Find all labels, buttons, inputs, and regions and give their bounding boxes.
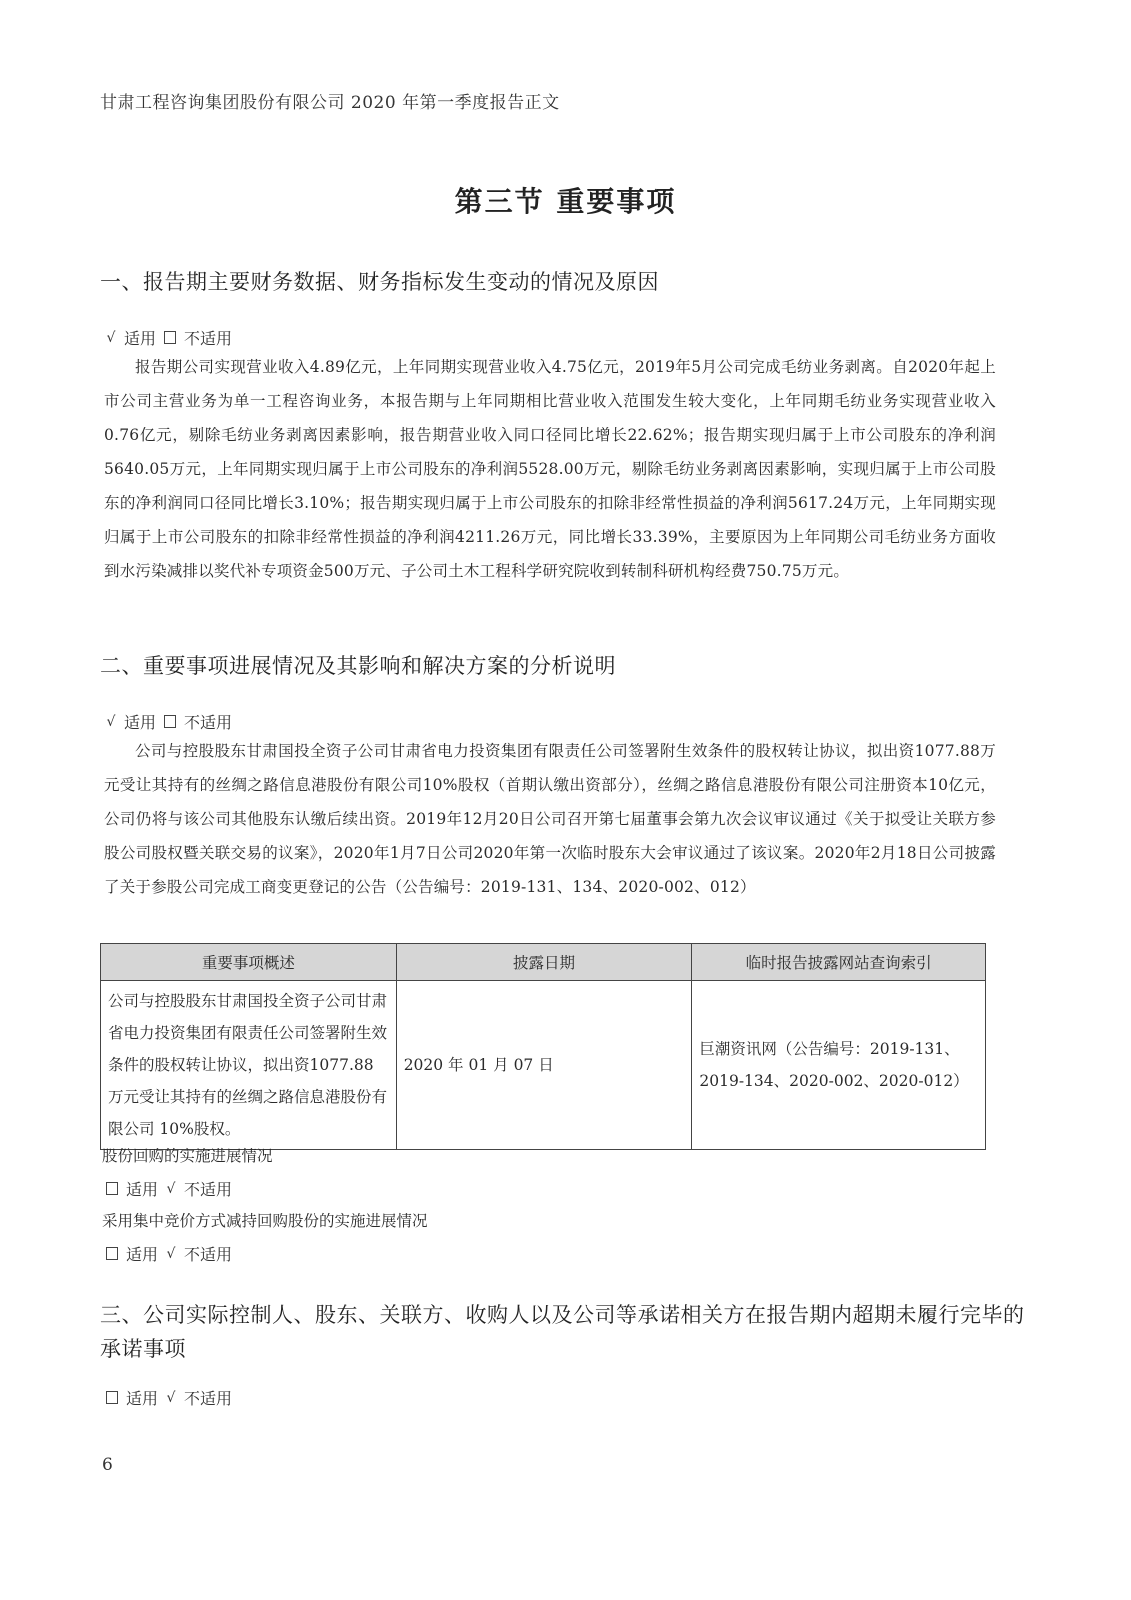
not-applicable-label: 不适用 [184,710,232,733]
part3-heading: 三、公司实际控制人、股东、关联方、收购人以及公司等承诺相关方在报告期内超期未履行… [100,1298,1030,1366]
event-table: 重要事项概述 披露日期 临时报告披露网站查询索引 公司与控股股东甘肃国投全资子公… [100,943,986,1150]
applicable-label: 适用 [126,1242,158,1265]
not-applicable-label: 不适用 [184,1242,232,1265]
applicable-label: 适用 [124,326,156,349]
check-mark-icon: √ [164,1390,178,1406]
part2-heading: 二、重要事项进展情况及其影响和解决方案的分析说明 [100,650,616,680]
buyback-applicability: 适用 √ 不适用 [104,1177,232,1200]
check-mark-icon: √ [104,330,118,346]
not-applicable-label: 不适用 [184,326,232,349]
column-header-date: 披露日期 [396,944,692,981]
part2-applicability: √ 适用 不适用 [104,710,232,733]
check-mark-icon: √ [104,714,118,730]
table-row: 公司与控股股东甘肃国投全资子公司甘肃省电力投资集团有限责任公司签署附生效条件的股… [101,981,986,1150]
applicable-label: 适用 [126,1177,158,1200]
page-number: 6 [102,1455,113,1475]
applicable-label: 适用 [124,710,156,733]
reduction-applicability: 适用 √ 不适用 [104,1242,232,1265]
running-header: 甘肃工程咨询集团股份有限公司 2020 年第一季度报告正文 [100,88,560,113]
part1-body: 报告期公司实现营业收入4.89亿元，上年同期实现营业收入4.75亿元，2019年… [104,350,996,588]
cell-index: 巨潮资讯网（公告编号：2019-131、2019-134、2020-002、20… [692,981,986,1150]
cell-summary: 公司与控股股东甘肃国投全资子公司甘肃省电力投资集团有限责任公司签署附生效条件的股… [101,981,397,1150]
empty-checkbox-icon [106,1182,118,1195]
part2-body: 公司与控股股东甘肃国投全资子公司甘肃省电力投资集团有限责任公司签署附生效条件的股… [104,734,996,904]
part1-heading: 一、报告期主要财务数据、财务指标发生变动的情况及原因 [100,266,659,296]
empty-checkbox-icon [106,1391,118,1404]
not-applicable-label: 不适用 [184,1177,232,1200]
cell-date: 2020 年 01 月 07 日 [396,981,692,1150]
reduction-label: 采用集中竞价方式减持回购股份的实施进展情况 [102,1209,428,1231]
section-title: 第三节 重要事项 [0,180,1131,220]
column-header-summary: 重要事项概述 [101,944,397,981]
empty-checkbox-icon [164,715,176,728]
table-header-row: 重要事项概述 披露日期 临时报告披露网站查询索引 [101,944,986,981]
not-applicable-label: 不适用 [184,1386,232,1409]
check-mark-icon: √ [164,1246,178,1262]
empty-checkbox-icon [106,1247,118,1260]
buyback-label: 股份回购的实施进展情况 [102,1144,273,1166]
empty-checkbox-icon [164,331,176,344]
part1-applicability: √ 适用 不适用 [104,326,232,349]
column-header-index: 临时报告披露网站查询索引 [692,944,986,981]
check-mark-icon: √ [164,1181,178,1197]
part3-applicability: 适用 √ 不适用 [104,1386,232,1409]
applicable-label: 适用 [126,1386,158,1409]
